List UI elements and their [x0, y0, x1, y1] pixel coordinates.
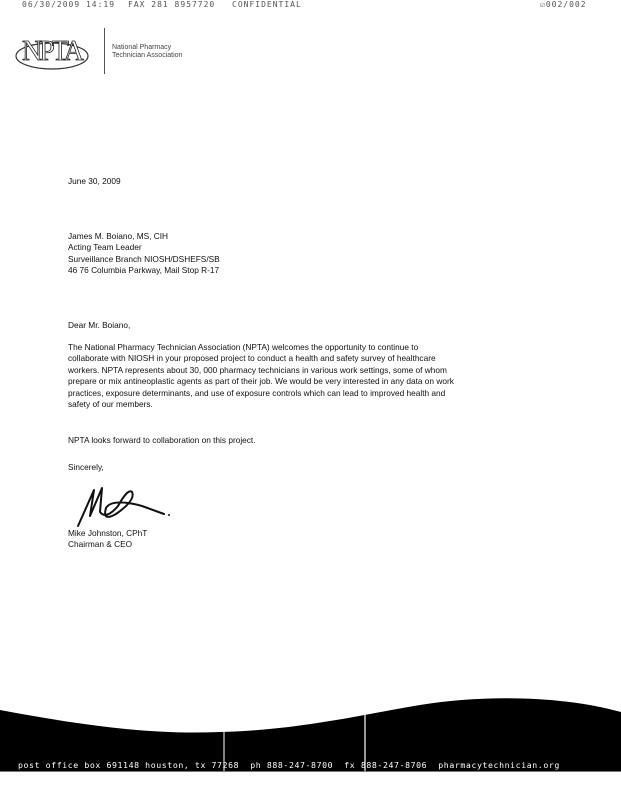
- recipient-branch: Surveillance Branch NIOSH/DSHEFS/SB: [68, 254, 220, 265]
- closing-paragraph: NPTA looks forward to collaboration on t…: [68, 435, 256, 446]
- body-paragraph: The National Pharmacy Technician Associa…: [68, 342, 588, 410]
- signer-title: Chairman & CEO: [68, 539, 147, 550]
- fax-datetime: 06/30/2009 14:19: [22, 0, 115, 9]
- footer-phone: ph 888-247-8700: [250, 760, 333, 770]
- org-name: National Pharmacy Technician Association: [112, 44, 182, 60]
- footer-baseline: [0, 771, 621, 772]
- signer-name: Mike Johnston, CPhT: [68, 528, 147, 539]
- recipient-title: Acting Team Leader: [68, 242, 220, 253]
- signature: [72, 478, 202, 528]
- recipient-name: James M. Boiano, MS, CIH: [68, 231, 220, 242]
- closing: Sincerely,: [68, 462, 104, 473]
- footer-address: post office box 691148 houston, tx 77268: [18, 760, 239, 770]
- fax-page: ☑ 002/002: [540, 0, 546, 9]
- recipient-address: 46 76 Columbia Parkway, Mail Stop R-17: [68, 265, 220, 276]
- footer-fax: fx 888-247-8706: [344, 760, 427, 770]
- fax-header: 06/30/2009 14:19 FAX 281 8957720 CONFIDE…: [0, 0, 621, 12]
- logo-divider: [104, 28, 105, 74]
- letter-date: June 30, 2009: [68, 176, 121, 187]
- footer-contact: post office box 691148 houston, tx 77268…: [18, 760, 618, 770]
- salutation: Dear Mr. Boiano,: [68, 320, 130, 331]
- signer-block: Mike Johnston, CPhT Chairman & CEO: [68, 528, 147, 551]
- svg-text:NPTA: NPTA: [22, 36, 85, 67]
- npta-logo: NPTA: [14, 28, 104, 72]
- footer-website[interactable]: pharmacytechnician.org: [438, 760, 560, 770]
- recipient-block: James M. Boiano, MS, CIH Acting Team Lea…: [68, 231, 220, 277]
- fax-number: FAX 281 8957720: [128, 0, 215, 9]
- fax-label: CONFIDENTIAL: [232, 0, 302, 9]
